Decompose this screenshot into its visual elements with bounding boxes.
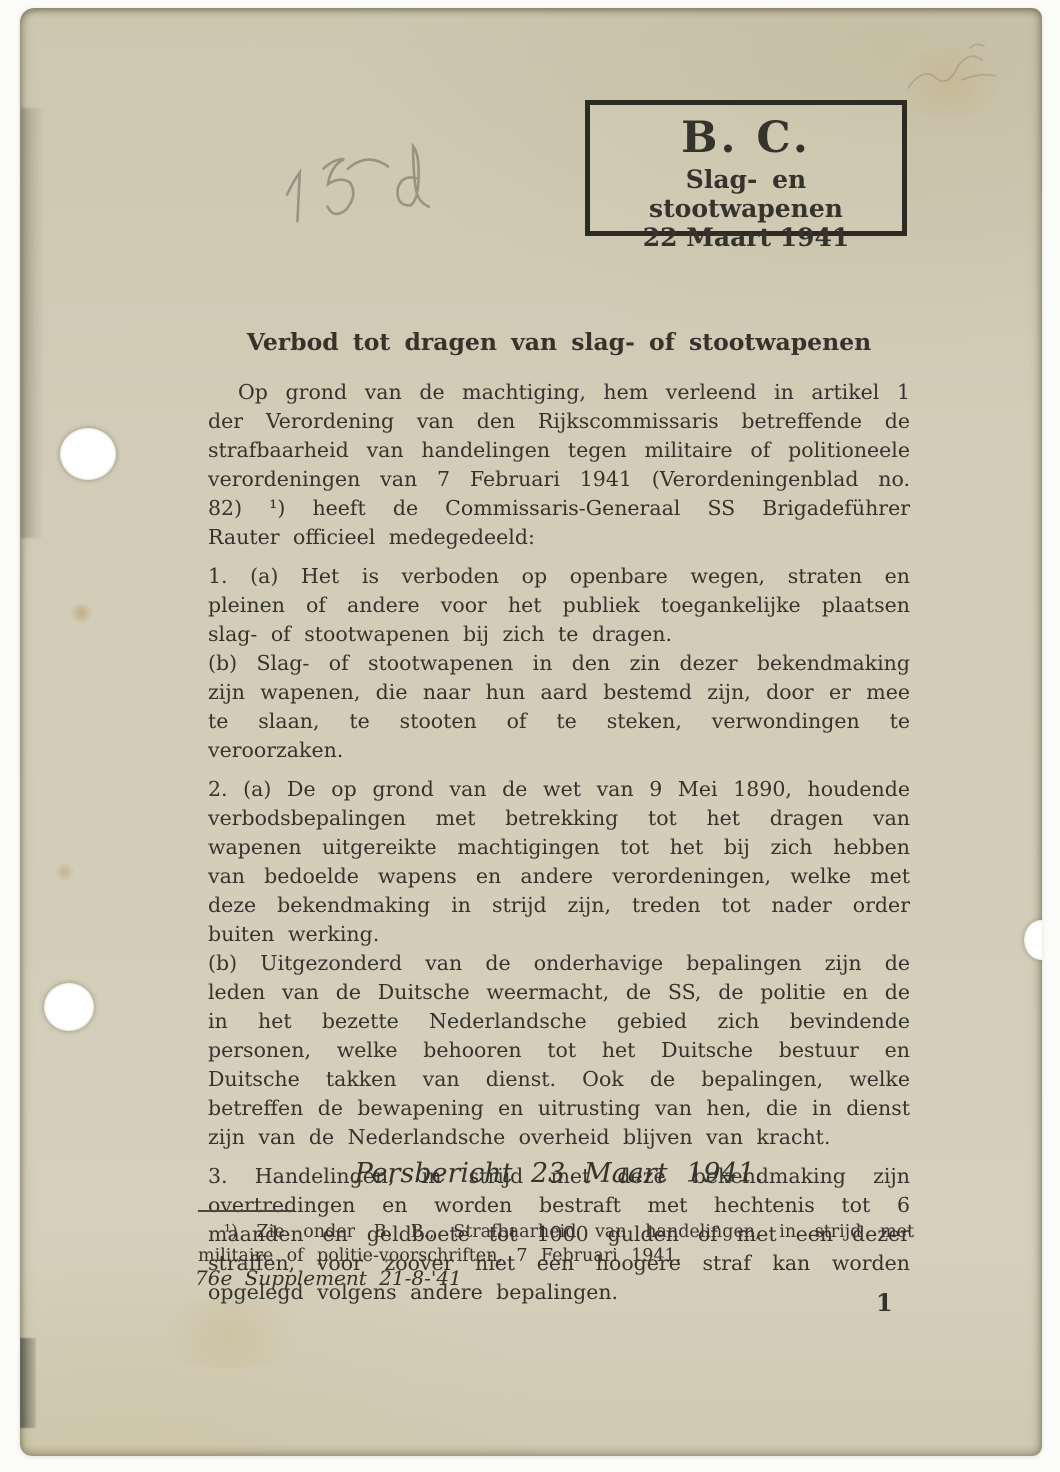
body-paragraph: 1. (a) Het is verboden op openbare wegen… (208, 562, 910, 649)
stamp-subject: Slag- en stootwapenen (590, 165, 902, 223)
foxing-stain (54, 863, 76, 881)
foxing-stain (68, 603, 94, 623)
punch-hole (60, 428, 116, 480)
pencil-scribble (900, 36, 1020, 110)
stamp-code: B. C. (590, 113, 902, 163)
bottom-left-edge-mark (20, 1338, 36, 1428)
left-edge-smudge (20, 108, 44, 538)
body-paragraph: 2. (a) De op grond van de wet van 9 Mei … (208, 775, 910, 949)
paper-sheet: B. C. Slag- en stootwapenen 22 Maart 194… (20, 8, 1042, 1456)
body-paragraph: Op grond van de machtiging, hem verleend… (208, 378, 910, 552)
page-number: 1 (876, 1288, 893, 1317)
punch-hole (44, 983, 94, 1031)
handwritten-pencil-note (262, 125, 448, 264)
footnote-rule (198, 1210, 294, 1212)
footnote-text: ¹) Zie onder B. B., Strafbaarheid van ha… (198, 1220, 914, 1268)
classification-stamp-box: B. C. Slag- en stootwapenen 22 Maart 194… (585, 100, 907, 236)
foxing-stain (140, 1298, 320, 1368)
edge-notch (1024, 920, 1042, 960)
stamp-date: 22 Maart 1941 (590, 223, 902, 252)
scanned-document-page: B. C. Slag- en stootwapenen 22 Maart 194… (0, 0, 1060, 1472)
body-paragraph: (b) Slag- of stootwapenen in den zin dez… (208, 649, 910, 765)
press-release-line: Persbericht 23 Maart 1941. (208, 1158, 910, 1189)
document-title: Verbod tot dragen van slag- of stootwape… (208, 328, 910, 356)
body-paragraph: (b) Uitgezonderd van de onderhavige bepa… (208, 949, 910, 1152)
supplement-note: 76e Supplement 21-8-'41 (195, 1266, 462, 1290)
